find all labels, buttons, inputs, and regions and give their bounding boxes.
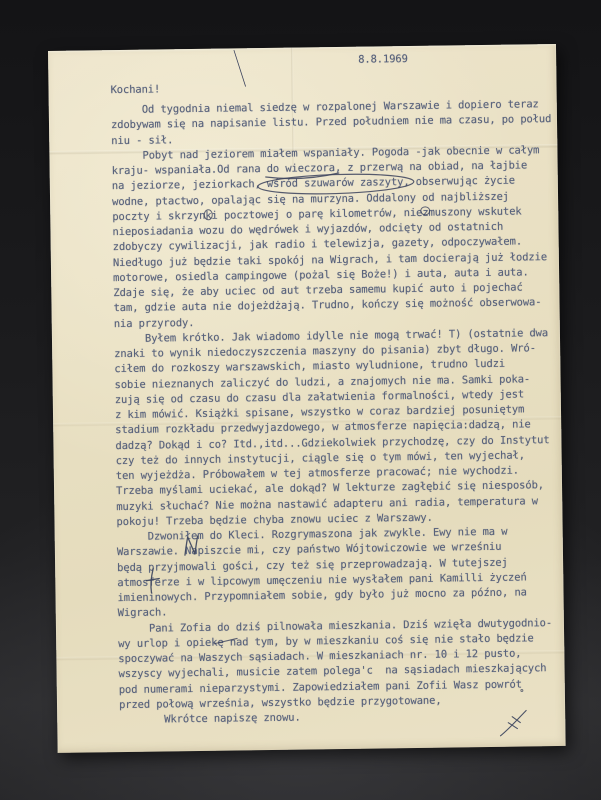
letter-paper: 8.8.1969 Kochani! Od tygodnia niemal sie… [48, 44, 566, 753]
letter-date: 8.8.1969 [358, 52, 408, 68]
letter-body: Od tygodnia niemal siedzę w rozpalonej W… [111, 97, 562, 728]
photo-background: 8.8.1969 Kochani! Od tygodnia niemal sie… [0, 0, 601, 800]
letter-salutation: Kochani! [110, 82, 160, 98]
paper-scratch [234, 50, 245, 86]
